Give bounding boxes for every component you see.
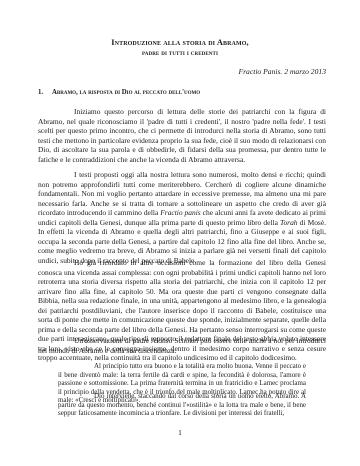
date-line: Fractio Panis. 2 marzo 2013 — [238, 67, 326, 76]
page-number: 1 — [0, 428, 360, 437]
paragraph-2: I testi proposti oggi alla nostra lettur… — [38, 170, 326, 265]
section-heading: 1.Abramo, la risposta di Dio al peccato … — [38, 89, 200, 96]
paragraph-4: Un'osservazione di padre Alonso Schökel … — [38, 336, 326, 355]
section-number: 1. — [38, 89, 52, 96]
italic-fractio-panis: Fractio panis — [160, 208, 200, 217]
document-title: Introduzione alla storia di Abramo, — [0, 38, 360, 47]
italic-torah: Torah — [280, 218, 298, 227]
document-page: Introduzione alla storia di Abramo, padr… — [0, 0, 360, 466]
section-title: Abramo, la risposta di Dio al peccato de… — [52, 89, 200, 96]
block-quote-2: Dio interviene, staccando dal corso dell… — [58, 392, 306, 418]
document-subtitle: padre di tutti i credenti — [0, 49, 360, 57]
paragraph-1: Iniziamo questo percorso di lettura dell… — [38, 107, 326, 164]
